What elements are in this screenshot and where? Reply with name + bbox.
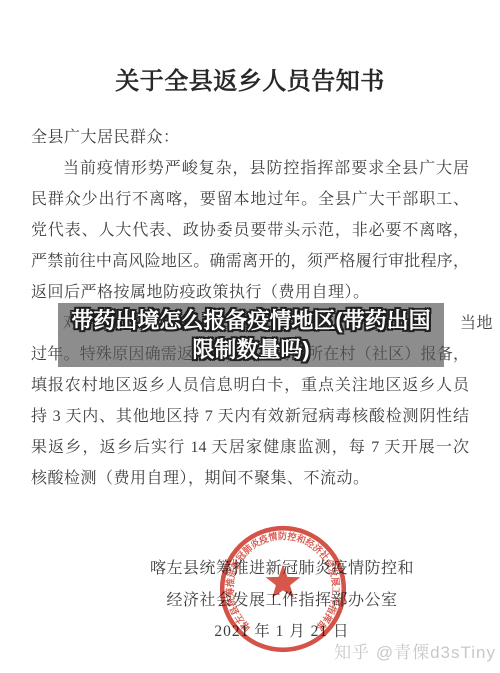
- body-line: 严禁前往中高风险地区。确需离开的，须严格履行审批程序，: [31, 246, 469, 277]
- body-line: 果返乡，返乡后实行 14 天居家健康监测，每 7 天开展一次: [31, 432, 469, 463]
- notice-page: 关于全县返乡人员告知书 全县广大居民群众： 当前疫情形势严峻复杂，县防控指挥部要…: [0, 0, 500, 673]
- caption-line2: 限制数量吗): [192, 335, 309, 364]
- caption-overlay: 带药出境怎么报备疫情地区(带药出国 限制数量吗): [58, 303, 444, 367]
- body-line: 当前疫情形势严峻复杂，县防控指挥部要求全县广大居: [31, 153, 469, 184]
- body-line: 持 3 天内、其他地区持 7 天内有效新冠病毒核酸检测阴性结: [31, 401, 469, 432]
- salutation: 全县广大居民群众：: [31, 122, 469, 153]
- obscured-line-right: 当地: [460, 308, 493, 339]
- body-line: 党代表、人大代表、政协委员要带头示范，非必要不离喀，: [31, 215, 469, 246]
- body-line: 核酸检测（费用自理），期间不聚集、不流动。: [31, 463, 469, 494]
- zhihu-watermark: 知乎 @青傈d3sTiny: [334, 638, 496, 663]
- body-line: 民群众少出行不离喀，要留本地过年。全县广大干部职工、: [31, 184, 469, 215]
- document-title: 关于全县返乡人员告知书: [0, 61, 500, 96]
- body-line: 填报农村地区返乡人员信息明白卡，重点关注地区返乡人员: [31, 370, 469, 401]
- signature-block: 喀左县统筹推进新冠肺炎疫情防控和 经济社会发展工作指挥部办公室 2021 年 1…: [66, 553, 498, 648]
- caption-line1: 带药出境怎么报备疫情地区(带药出国: [71, 306, 430, 335]
- signature-org-line1: 喀左县统筹推进新冠肺炎疫情防控和: [66, 553, 498, 585]
- signature-org-line2: 经济社会发展工作指挥部办公室: [66, 585, 498, 617]
